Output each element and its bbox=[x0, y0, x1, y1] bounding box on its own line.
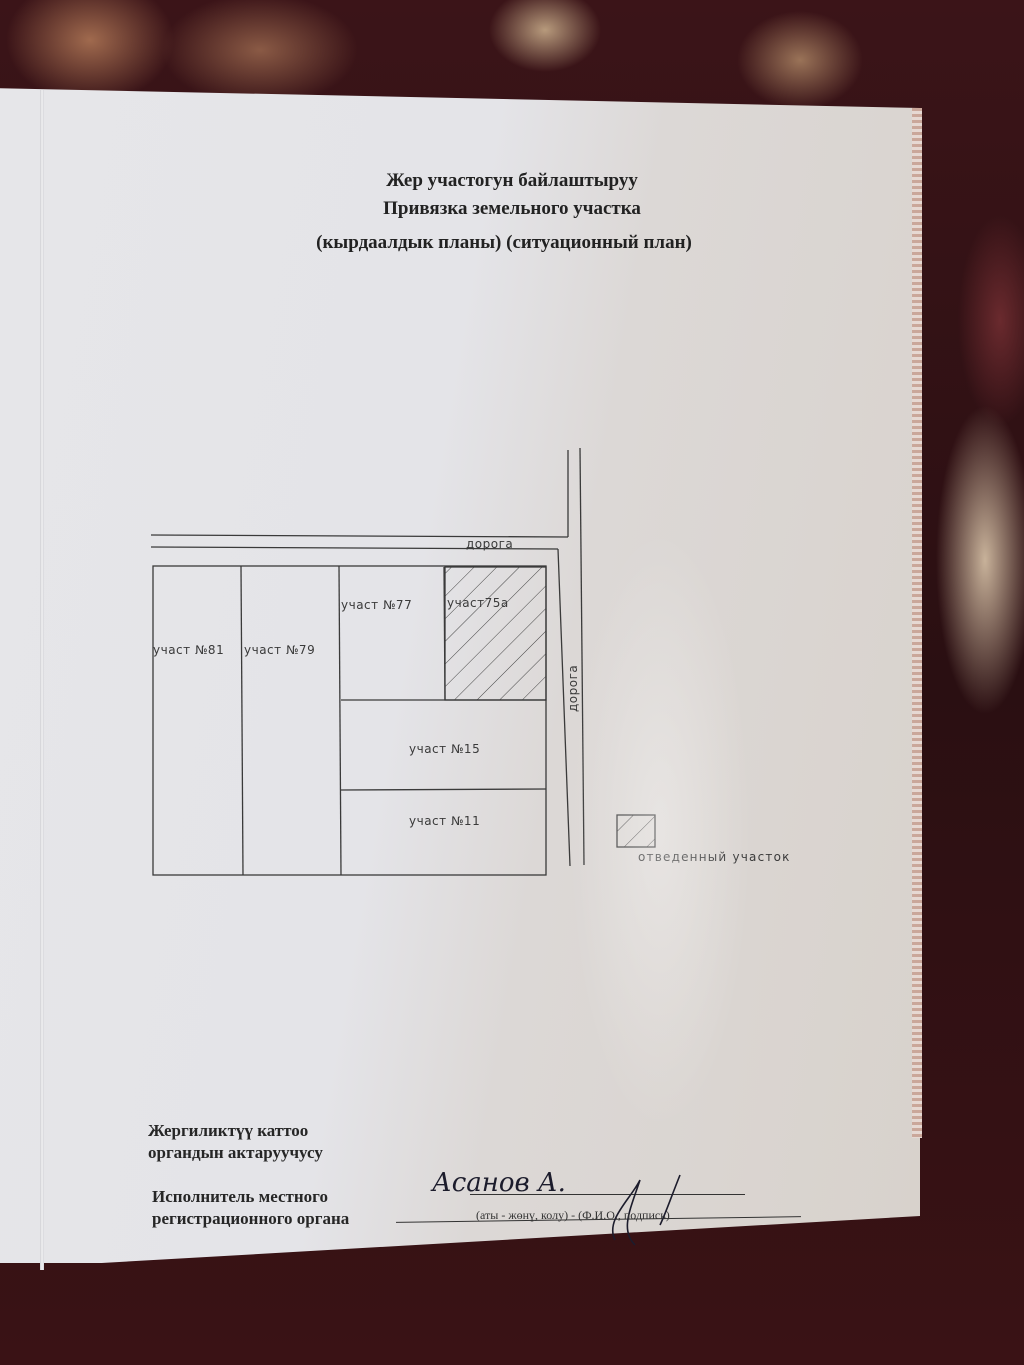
legend-label: отведенный участок bbox=[638, 850, 791, 864]
plot-81-label: участ №81 bbox=[153, 643, 224, 657]
plot-11-label: участ №11 bbox=[409, 814, 480, 828]
legend-hatch-icon bbox=[617, 815, 655, 847]
plot-15-label: участ №15 bbox=[409, 742, 480, 756]
ru-label-line2: регистрационного органа bbox=[152, 1208, 349, 1230]
plot-79-label: участ №79 bbox=[244, 643, 315, 657]
road-label-horizontal: дорога bbox=[466, 537, 513, 551]
road-label-vertical: дорога bbox=[566, 665, 580, 712]
ru-label-line1: Исполнитель местного bbox=[152, 1186, 349, 1208]
plot-77-label: участ №77 bbox=[341, 598, 412, 612]
kg-label-line1: Жергиликтүү каттоо bbox=[148, 1120, 323, 1142]
signature: Асанов А. bbox=[432, 1168, 566, 1198]
plot-75a-label: участ75а bbox=[447, 596, 509, 610]
signature-hint: (аты - жөнү, колу) - (Ф.И.О., подпись) bbox=[476, 1208, 670, 1223]
ru-official-label: Исполнитель местного регистрационного ор… bbox=[152, 1186, 349, 1230]
allocated-plot-hatch bbox=[445, 567, 546, 700]
kg-official-label: Жергиликтүү каттоо органдын актаруучусу bbox=[148, 1120, 323, 1164]
kg-label-line2: органдын актаруучусу bbox=[148, 1142, 323, 1164]
